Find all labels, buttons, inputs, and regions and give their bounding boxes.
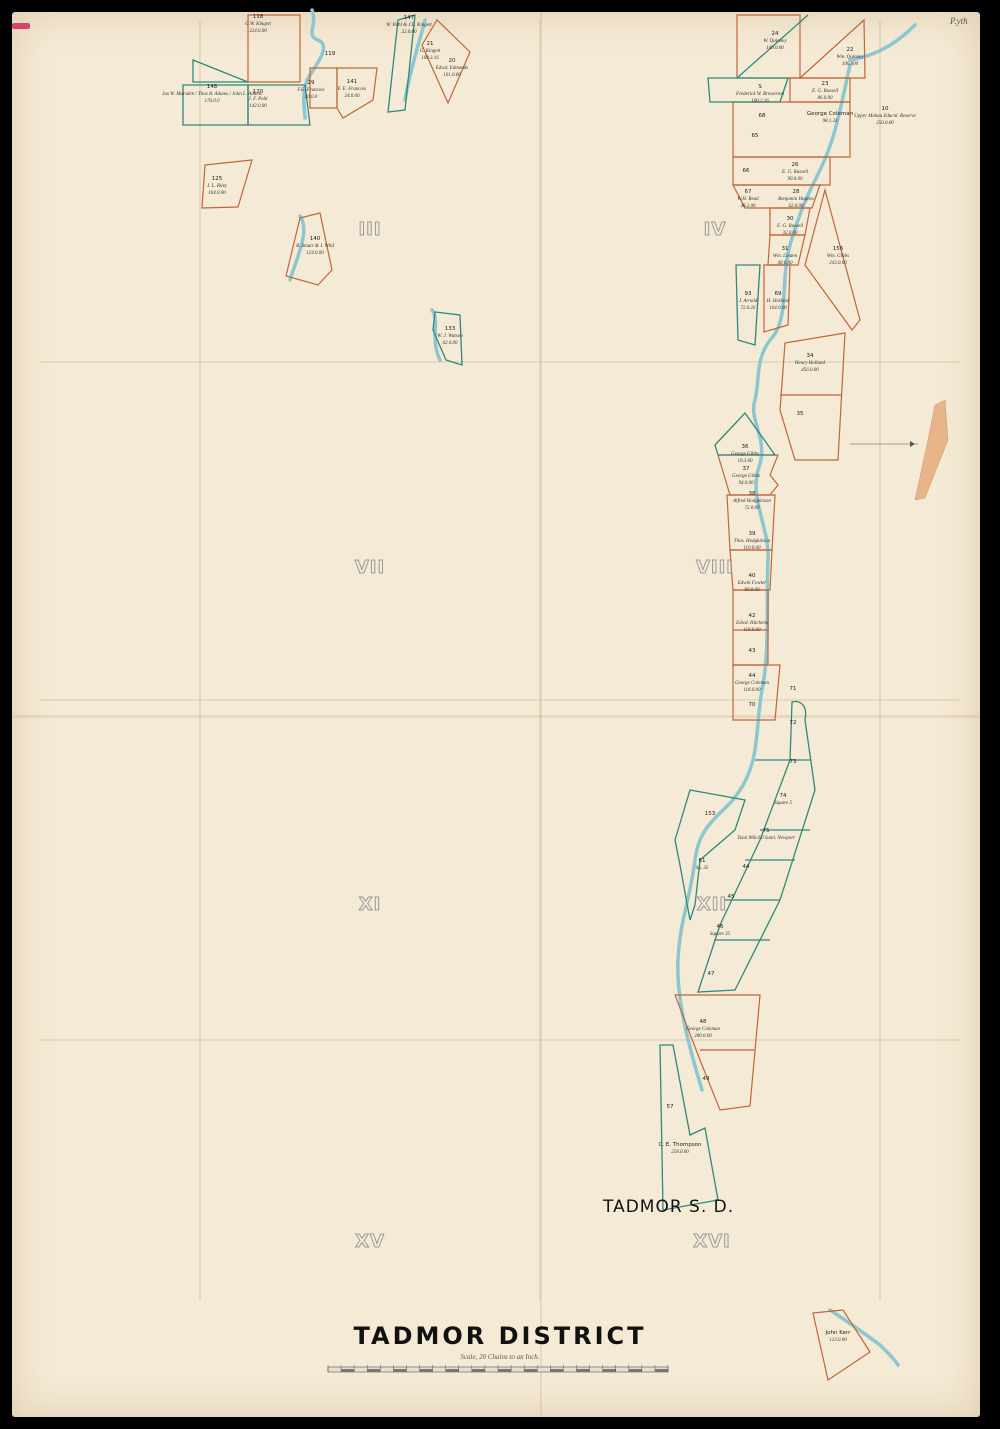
lot-number: 30 (787, 216, 794, 222)
lot-number: 35 (797, 411, 804, 417)
lot-owner: W. Quinney (763, 39, 787, 44)
lot-owner: E. G. Russell (776, 224, 804, 229)
lot-area: 176.0.0 (205, 99, 221, 104)
lot-label: 65 (752, 133, 759, 139)
lot-number: 38 (749, 491, 756, 497)
lot-owner: Wm. Linden (773, 254, 798, 259)
lot-label: 156Wm. Gibbs243.0.00 (827, 246, 849, 266)
lot-owner: George Coleman (735, 681, 770, 686)
lot-area: 124.0.00 (306, 251, 324, 256)
corner-annotation: P.yth (950, 16, 968, 26)
lot-number: 75 (763, 828, 770, 834)
lot-area: 94.0.00 (739, 481, 755, 486)
lot-label: 43 (749, 648, 756, 654)
lot-label: 125J. L. Riley104.0.00 (207, 176, 228, 196)
lot-number: 133 (445, 326, 456, 332)
lot-number: 29 (308, 80, 315, 86)
lot-label: 73 (790, 759, 797, 765)
lot-area: 250.0.00 (876, 121, 894, 126)
lot-number: 26 (792, 162, 799, 168)
lot-owner: Sq. 35 (696, 866, 709, 871)
lot-owner: Benjamin Hughes (778, 197, 814, 202)
lot-number: 140 (310, 236, 321, 242)
lot-number: 34 (807, 353, 814, 359)
lot-number: 72 (790, 720, 797, 726)
lot-owner: Square 5 (774, 801, 792, 806)
lot-label: 70 (749, 702, 756, 708)
section-XV: XV (355, 1231, 385, 1252)
section-VIII: VIII (696, 557, 734, 578)
lot-area: 62.0.00 (789, 204, 805, 209)
lot-owner: George Gibbs (731, 452, 759, 457)
lot-owner: E. G. Russell (781, 170, 809, 175)
lot-boundaries-green (183, 15, 815, 1210)
lot-label: 66 (743, 168, 750, 174)
lot-area: 22.0.00 (402, 30, 418, 35)
lot-number: 44 (749, 673, 756, 679)
lot-owner: G.W. Kingett (245, 22, 271, 27)
section-XII: XII (697, 894, 727, 915)
lot-area: 72.0.00 (745, 506, 761, 511)
lot-number: 37 (743, 466, 750, 472)
lot-number: 46 (717, 924, 724, 930)
lot-area: 100.000 (842, 62, 859, 67)
lot-owner: Frederick W. Brewerton (735, 92, 784, 97)
lot-label: 71 (790, 686, 797, 692)
lot-area: 118.0.00 (743, 628, 761, 633)
survey-map: III IV VII VIII XI XII XV XVI 118G.W. Ki… (0, 0, 1000, 1429)
lot-label: 38Alfred Hodgkinson72.0.00 (732, 491, 771, 511)
lot-number: 148 (207, 84, 218, 90)
lot-area: 100.3.16 (421, 56, 439, 61)
lot-area: 40.0.00 (778, 261, 794, 266)
lot-label: 35 (797, 411, 804, 417)
lot-label: 141F. E. Francois24.0.00 (337, 79, 367, 99)
lot-number: 42 (749, 613, 756, 619)
lot-area: 62.0.00 (443, 341, 459, 346)
lot-number: 40 (749, 573, 756, 579)
lot-area: 32.0.00 (783, 231, 799, 236)
lot-number: 74 (780, 793, 787, 799)
lot-area: 104.0.00 (769, 306, 787, 311)
lot-label: 20Edwd. Edmonds101.0.00 (435, 58, 469, 78)
lot-label: 44 (743, 864, 750, 870)
lot-number: 68 (759, 113, 766, 119)
lot-label: 23E. G. Russell86.0.00 (811, 81, 839, 101)
lot-number: 36 (742, 444, 749, 450)
lot-area: 101.0.00 (443, 73, 461, 78)
lot-number: 141 (347, 79, 358, 85)
lot-area: 72.0.26 (741, 306, 757, 311)
lot-number: 43 (749, 648, 756, 654)
lot-area: 90.0.00 (745, 588, 761, 593)
lot-number: S (758, 84, 762, 90)
lot-label: SFrederick W. Brewerton100.2.16 (735, 84, 784, 104)
lot-number: 71 (790, 686, 797, 692)
lot-area: 100.2.16 (751, 99, 769, 104)
lot-number: 73 (790, 759, 797, 765)
lot-owner: J. L. Riley (207, 184, 228, 189)
lot-owner: Upper Mokau Educnl. Reserve (854, 114, 916, 119)
lot-number: 10 (882, 106, 889, 112)
lot-label: 26E. G. Russell90.0.00 (781, 162, 809, 182)
lot-area: 20.0.0 (305, 95, 318, 100)
lot-number: C. E. Thompson (658, 1142, 702, 1148)
lot-area: 48.2.00 (741, 204, 757, 209)
lot-owner: W. J. Watson (437, 334, 463, 339)
lot-owner: F.E. Francois (296, 88, 324, 93)
section-XVI: XVI (693, 1231, 731, 1252)
lot-number: 69 (775, 291, 782, 297)
lot-owner: Wm. Gibbs (827, 254, 849, 259)
section-III: III (358, 219, 381, 240)
lot-number: 47 (708, 971, 715, 977)
lot-label: 93J. Arnold72.0.26 (739, 291, 758, 311)
lot-area: 24.0.00 (345, 94, 361, 99)
lot-area: 224.0.00 (249, 29, 267, 34)
lot-number: 49 (703, 1076, 710, 1082)
lot-owner: Alfred Hodgkinson (732, 499, 771, 504)
lot-owner: Henry Holland (794, 361, 826, 366)
lot-label: 36George Gibbs19.3.00 (731, 444, 759, 464)
lot-area: 86.0.00 (818, 96, 834, 101)
lot-area: 243.0.00 (829, 261, 847, 266)
section-VII: VII (355, 557, 385, 578)
lot-owner: J. F. Pohl (248, 97, 268, 102)
lot-owner: W.H. Read (737, 197, 759, 202)
section-XI: XI (359, 894, 382, 915)
lot-number: 65 (752, 133, 759, 139)
lot-area: 110.0.00 (743, 546, 761, 551)
lot-area: 90.0.00 (788, 177, 804, 182)
lot-area: 258.0.00 (671, 1150, 689, 1155)
lot-number: 119 (325, 51, 336, 57)
lot-number: 31 (782, 246, 789, 252)
lot-number: 125 (212, 176, 223, 182)
lot-owner: G. Kingett (420, 49, 441, 54)
lot-owner: Edwd. Hitchens (735, 621, 768, 626)
road-strip (850, 400, 948, 500)
lot-label: 67W.H. Read48.2.00 (737, 189, 759, 209)
lot-number: 23 (822, 81, 829, 87)
lot-owner: Edwd. Edmonds (435, 66, 469, 71)
lot-label: 47 (708, 971, 715, 977)
section-IV: IV (704, 219, 727, 240)
scale-caption: Scale, 20 Chains to an Inch. (0, 1353, 1000, 1361)
scale-bar (328, 1365, 668, 1372)
lot-label: 29F.E. Francois20.0.0 (296, 80, 324, 100)
lot-area: 118.0.00 (743, 688, 761, 693)
lot-label: 10Upper Mokau Educnl. Reserve250.0.00 (854, 106, 916, 126)
lot-owner: Total 886.0.0 Saml. Newport (737, 836, 795, 841)
lot-label: 46Square 35 (710, 924, 731, 937)
lot-area: 100.0.00 (766, 46, 784, 51)
lot-label: 72 (790, 720, 797, 726)
lot-number: 93 (745, 291, 752, 297)
lot-label: 68 (759, 113, 766, 119)
lot-owner: Thos. Hodgkinson (734, 539, 771, 544)
lot-label: 119 (325, 51, 336, 57)
lot-number: 39 (749, 531, 756, 537)
lot-number: 21 (427, 41, 434, 47)
lot-number: 28 (793, 189, 800, 195)
lot-area: 98.1.33 (823, 119, 839, 124)
lot-label: 69H. Holland104.0.00 (766, 291, 790, 311)
lot-number: 45 (728, 894, 735, 900)
lot-label: 153 (705, 811, 716, 817)
lot-label: 148Jas W. Marsden / Thos B. Adams / John… (162, 84, 262, 104)
lot-owner: E. G. Russell (811, 89, 839, 94)
lot-label: George Coleman98.1.33 (807, 111, 854, 124)
lot-label: 31Wm. Linden40.0.00 (773, 246, 798, 266)
lot-number: 20 (449, 58, 456, 64)
lot-number: 48 (700, 1019, 707, 1025)
map-title: TADMOR DISTRICT (0, 1322, 1000, 1350)
lot-number: 24 (772, 31, 779, 37)
lot-label: 118G.W. Kingett224.0.00 (245, 14, 271, 34)
lot-number: 44 (743, 864, 750, 870)
lot-owner: J. Arnold (739, 299, 758, 304)
lot-owner: Jas W. Marsden / Thos B. Adams / John L.… (162, 92, 262, 97)
grid-lines (40, 20, 960, 1300)
lot-owner: H. Holland (766, 299, 790, 304)
lot-label: 133W. J. Watson62.0.00 (437, 326, 463, 346)
lot-labels: 118G.W. Kingett224.0.00119148Jas W. Mars… (162, 14, 916, 1343)
lot-owner: Edwin Fowler (737, 581, 767, 586)
lot-number: 147 (404, 15, 415, 21)
lot-number: 57 (667, 1104, 674, 1110)
lot-owner: W. Pohl & J.L. Kingett (386, 23, 432, 28)
lot-owner: George Gibbs (732, 474, 760, 479)
lot-number: 153 (705, 811, 716, 817)
lot-area: 280.0.00 (694, 1034, 712, 1039)
lot-owner: Square 35 (710, 932, 731, 937)
lot-area: 142.0.00 (249, 104, 267, 109)
lot-label: 147W. Pohl & J.L. Kingett22.0.00 (386, 15, 432, 35)
lot-owner: Wm. Quinney (836, 55, 864, 60)
lot-number: George Coleman (807, 111, 854, 117)
river (290, 10, 915, 1365)
lot-owner: F. E. Francois (337, 87, 367, 92)
lot-number: 66 (743, 168, 750, 174)
subdistrict-label: TADMOR S. D. (603, 1197, 734, 1217)
lot-label: 45 (728, 894, 735, 900)
lot-label: 22Wm. Quinney100.000 (836, 47, 864, 67)
lot-number: 156 (833, 246, 844, 252)
lot-number: 22 (847, 47, 854, 53)
lot-label: 24W. Quinney100.0.00 (763, 31, 787, 51)
lot-label: 61Sq. 35 (696, 858, 709, 871)
lot-label: C. E. Thompson258.0.00 (658, 1142, 702, 1155)
lot-number: 120 (253, 89, 264, 95)
lot-label: 49 (703, 1076, 710, 1082)
lot-label: 57 (667, 1104, 674, 1110)
lot-number: 118 (253, 14, 264, 20)
section-numerals: III IV VII VIII XI XII XV XVI (355, 219, 734, 1252)
lot-number: 61 (699, 858, 706, 864)
lot-owner: George Coleman (686, 1027, 721, 1032)
lot-number: 67 (745, 189, 752, 195)
lot-area: 456.0.00 (801, 368, 819, 373)
lot-area: 104.0.00 (208, 191, 226, 196)
lot-label: 34Henry Holland456.0.00 (794, 353, 826, 373)
lot-area: 19.3.00 (738, 459, 754, 464)
lot-number: 70 (749, 702, 756, 708)
lot-owner: R. Smart & J. Wild (295, 244, 334, 249)
